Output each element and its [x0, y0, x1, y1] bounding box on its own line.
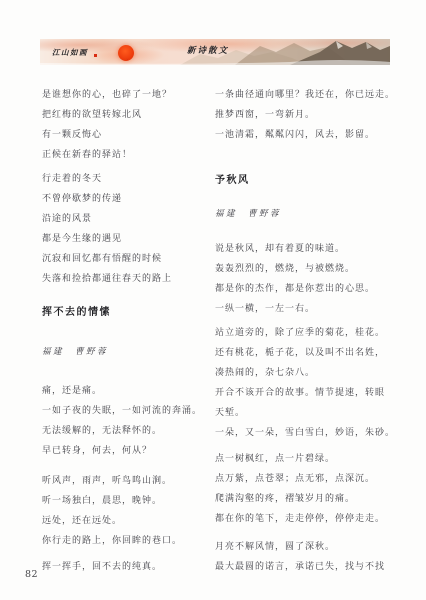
poem-line: 都是你的杰作，都是你惹出的心思。: [215, 279, 407, 299]
stanza: 说是秋风，却有着夏的味道。 轰轰烈烈的，燃烧，与被燃烧。 都是你的杰作，都是你惹…: [215, 239, 407, 319]
poem-author: 福建 曹野蓉: [215, 207, 407, 221]
poem-line: 凑热闹的，杂七杂八。: [215, 363, 407, 383]
poem-line: 你行走的路上，你回眸的巷口。: [42, 531, 212, 551]
poem-line: 还有桃花，栀子花，以及叫不出名姓，: [215, 343, 407, 363]
poem-line: 一池清霜，粼粼闪闪，风去，影留。: [215, 125, 407, 145]
stanza: 是谁想你的心，也碎了一地？ 把红梅的欲望转嫁北风 有一颗反悔心 正候在新春的驿站…: [42, 85, 212, 165]
poem-line: 天堑。: [215, 403, 407, 423]
poem-line: 站立道旁的，除了应季的菊花，桂花。: [215, 323, 407, 343]
poem-line: 一纵一横，一左一右。: [215, 299, 407, 319]
poem-line: 听一场独白，晨思，晚钟。: [42, 491, 212, 511]
poem-line: 正候在新春的驿站！: [42, 145, 212, 165]
stanza: 挥一挥手，回不去的纯真。: [42, 557, 212, 577]
poem-line: 爬满沟壑的疼，褶皱岁月的痛。: [215, 489, 407, 509]
stanza: 一条曲径通向哪里？我还在，你已远走。 推梦西窗，一弯新月。 一池清霜，粼粼闪闪，…: [215, 85, 407, 145]
poem-line: 一如子夜的失眠，一如河流的奔涌。: [42, 401, 212, 421]
poem-line: 痛，还是痛。: [42, 381, 212, 401]
magazine-page: 江山如画 新诗散文 ˇ 是谁想你的心，也碎了一地？ 把红梅的欲望转嫁北风 有一颗…: [0, 0, 426, 600]
poem-line: 是谁想你的心，也碎了一地？: [42, 85, 212, 105]
right-column: 一条曲径通向哪里？我还在，你已远走。 推梦西窗，一弯新月。 一池清霜，粼粼闪闪，…: [215, 85, 407, 577]
poem-line: 一条曲径通向哪里？我还在，你已远走。: [215, 85, 407, 105]
calligraphy-center: 新诗散文: [187, 44, 229, 56]
left-column: 是谁想你的心，也碎了一地？ 把红梅的欲望转嫁北风 有一颗反悔心 正候在新春的驿站…: [42, 85, 212, 577]
poem-line: 听风声，雨声，听鸟鸣山涧。: [42, 471, 212, 491]
stanza: 行走着的冬天 不曾停歇梦的传递 沿途的风景 都是今生缘的遇见 沉寂和回忆都有悟醒…: [42, 169, 212, 289]
poem-line: 沉寂和回忆都有悟醒的时候: [42, 249, 212, 269]
poem-line: 失落和捡拾都通往春天的路上: [42, 269, 212, 289]
poem-title: 挥不去的情愫: [42, 305, 212, 321]
poem-line: 把红梅的欲望转嫁北风: [42, 105, 212, 125]
poem-line: 点万紫，点苍翠；点无邪，点深沉。: [215, 469, 407, 489]
stanza: 月亮不解风情，圆了深秋。 最大最圆的诺言，承诺已失，找与不找: [215, 537, 407, 577]
poem-line: 不曾停歇梦的传递: [42, 189, 212, 209]
poem-line: 早已转身，何去，何从？: [42, 441, 212, 461]
poem-line: 无法缓解的，无法释怀的。: [42, 421, 212, 441]
banner-painting: 江山如画 新诗散文 ˇ: [40, 39, 390, 65]
poem-line: 最大最圆的诺言，承诺已失，找与不找: [215, 557, 407, 577]
poem-line: 开合不该开合的故事。情节提速，转眼: [215, 383, 407, 403]
calligraphy-left: 江山如画: [52, 47, 88, 58]
poem-line: 沿途的风景: [42, 209, 212, 229]
poem-author: 福建 曹野蓉: [42, 345, 212, 359]
poem-line: 有一颗反悔心: [42, 125, 212, 145]
stanza: 听风声，雨声，听鸟鸣山涧。 听一场独白，晨思，晚钟。 远处，还在远处。 你行走的…: [42, 471, 212, 551]
poem-line: 行走着的冬天: [42, 169, 212, 189]
stanza: 痛，还是痛。 一如子夜的失眠，一如河流的奔涌。 无法缓解的，无法释怀的。 早已转…: [42, 381, 212, 461]
poem-line: 远处，还在远处。: [42, 511, 212, 531]
poem-line: 都是今生缘的遇见: [42, 229, 212, 249]
poem-line: 轰轰烈烈的，燃烧，与被燃烧。: [215, 259, 407, 279]
poem-line: 挥一挥手，回不去的纯真。: [42, 557, 212, 577]
poem-title: 予秋风: [215, 173, 407, 189]
poem-line: 推梦西窗，一弯新月。: [215, 105, 407, 125]
poem-line: 都在你的笔下，走走停停，停停走走。: [215, 509, 407, 529]
poem-line: 一朵，又一朵，雪白雪白，妙语，朱砂。: [215, 423, 407, 443]
seal-dot-icon: [94, 54, 97, 57]
sun-reflection-mark-icon: ˇ: [126, 60, 129, 66]
stanza: 站立道旁的，除了应季的菊花，桂花。 还有桃花，栀子花，以及叫不出名姓， 凑热闹的…: [215, 323, 407, 443]
poem-line: 说是秋风，却有着夏的味道。: [215, 239, 407, 259]
stanza: 点一树枫红，点一片碧绿。 点万紫，点苍翠；点无邪，点深沉。 爬满沟壑的疼，褶皱岁…: [215, 449, 407, 529]
poem-line: 月亮不解风情，圆了深秋。: [215, 537, 407, 557]
page-number: 82: [25, 569, 38, 580]
poem-line: 点一树枫红，点一片碧绿。: [215, 449, 407, 469]
